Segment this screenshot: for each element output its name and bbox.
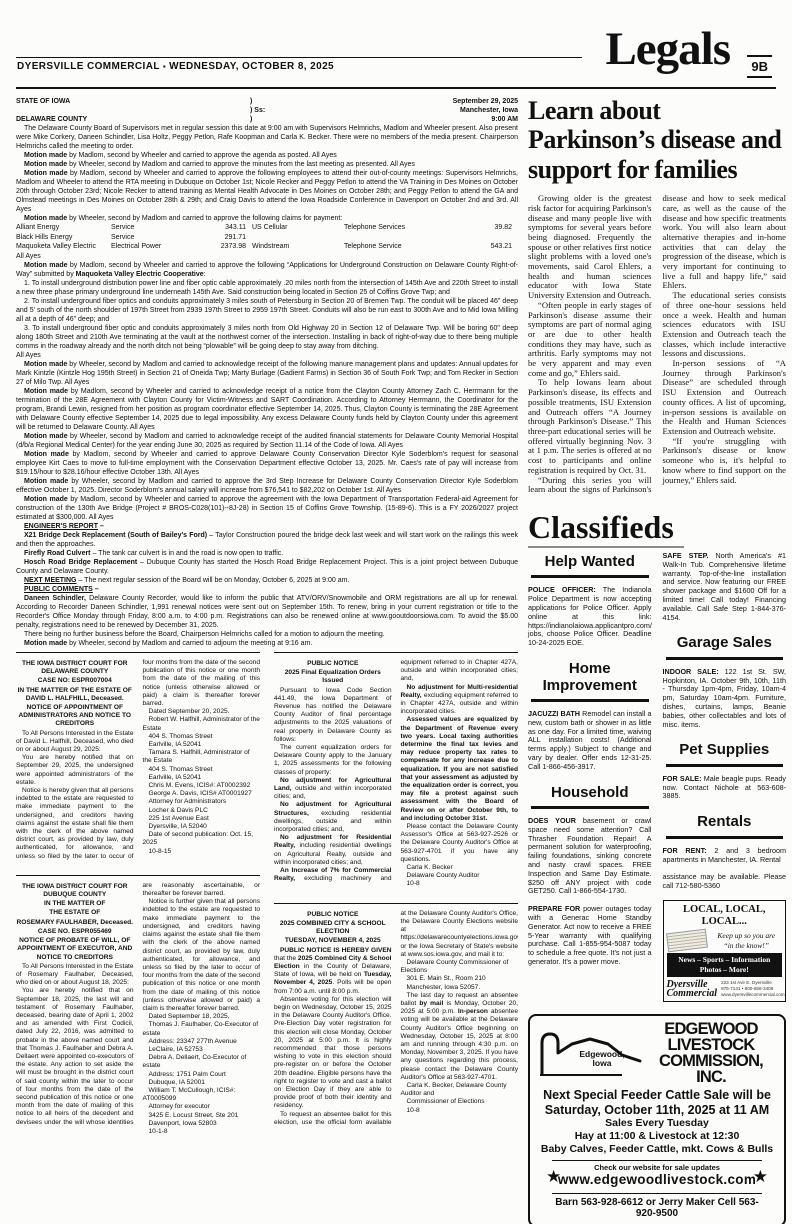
caption-date: September 29, 2025 — [368, 97, 518, 106]
local-ad-fine-print: 223 1st Ave E. Dyersville 875-7131 • 800… — [721, 980, 785, 998]
caption-time: 9:00 AM — [368, 115, 518, 124]
edgewood-animals-list: Baby Calves, Feeder Cattle, mkt. Cows & … — [538, 1143, 776, 1156]
star-icon: ★ — [753, 1167, 768, 1187]
notice-election: PUBLIC NOTICE2025 COMBINED CITY & SCHOOL… — [274, 903, 518, 1127]
paragraph: IN THE MATTER OF THE ESTATE OF DAVID L. … — [16, 687, 134, 703]
paragraph: Growing older is the greatest risk facto… — [528, 194, 652, 301]
local-ad-tagline: Keep up so you are “in the know!” — [711, 931, 783, 950]
paragraph: 301 E. Main St., Room 210 — [401, 975, 519, 983]
paragraph: 3. To install underground fiber optic an… — [16, 324, 518, 351]
paragraph: CASE NO. ESPR055469 — [16, 928, 134, 936]
classified-category-heading: Rentals — [666, 814, 784, 839]
header-rule-thick — [16, 87, 776, 89]
paragraph: No adjustment for Agricultural Land, out… — [274, 777, 392, 802]
paragraph: 2025 Final Equalization Orders Issued — [274, 669, 392, 685]
claim-cell — [252, 233, 344, 243]
paragraph: Carla K. Becker, Delaware County Auditor… — [401, 1082, 519, 1098]
paragraph: ENGINEER'S REPORT – — [16, 522, 518, 531]
classifieds-title: Classifieds — [528, 511, 684, 548]
paragraph: PUBLIC NOTICE — [274, 911, 392, 919]
edgewood-website-url: www.edgewoodlivestock.com — [552, 1172, 762, 1187]
claims-table: Alliant EnergyService343.11US CellularTe… — [16, 223, 518, 252]
paragraph: Dated September 18, 2025, — [143, 1013, 261, 1021]
paragraph: Date of second publication: Oct. 15, 202… — [143, 831, 261, 847]
edgewood-livestock-ad: Edgewood, Iowa EDGEWOOD LIVESTOCK COMMIS… — [528, 1014, 786, 1224]
paragraph: Commissioner of Elections — [401, 1098, 519, 1106]
paragraph: 2. To install underground fiber optics a… — [16, 297, 518, 324]
paragraph: LeClaire, IA 52753 — [143, 1046, 261, 1054]
edgewood-title: EDGEWOOD LIVESTOCK COMMISSION, INC. — [646, 1021, 776, 1086]
header-rule-thin — [16, 57, 582, 58]
claim-cell: 2373.98 — [204, 242, 252, 252]
paragraph: NOTICE OF PROBATE OF WILL, OF APPOINTMEN… — [16, 937, 134, 962]
caption-ss: ) Ss: — [250, 106, 368, 115]
paragraph: All Ayes — [16, 351, 518, 360]
edgewood-sale-announcement: Next Special Feeder Cattle Sale will be … — [538, 1088, 776, 1117]
paragraph: THE IOWA DISTRICT COURT FOR DUBUQUE COUN… — [16, 883, 134, 899]
local-ad-title: LOCAL, LOCAL, LOCAL... — [667, 904, 783, 928]
classified-ad: POLICE OFFICER: The Indianola Police Dep… — [528, 586, 652, 648]
paragraph: To All Persons Interested in the Estate … — [16, 963, 134, 988]
notice-faulhaber-estate: THE IOWA DISTRICT COURT FOR DUBUQUE COUN… — [16, 875, 260, 1136]
caption-row: ) Ss: Manchester, Iowa — [16, 106, 518, 115]
paragraph: 1. To install underground distribution p… — [16, 279, 518, 297]
publication-name: DYERSVILLE COMMERCIAL — [17, 61, 160, 72]
claim-cell: 291.71 — [204, 233, 252, 243]
paragraph: Motion made by Wheeler, second by Madlom… — [16, 477, 518, 495]
paragraph: 3425 E. Locust Street, Ste 201 — [143, 1112, 261, 1120]
paragraph: TUESDAY, NOVEMBER 4, 2025 — [274, 937, 392, 945]
tagline-line1: Keep up so you are — [717, 931, 775, 940]
board-minutes-notice: STATE OF IOWA ) September 29, 2025 ) Ss:… — [16, 97, 518, 649]
paragraph: X21 Bridge Deck Replacement (South of Ba… — [16, 531, 518, 549]
paragraph: Robert W. Halfhill, Administrator of the… — [143, 716, 261, 732]
caption-county: DELAWARE COUNTY — [16, 115, 250, 124]
paragraph: “If you're struggling with Parkinson's d… — [663, 437, 787, 486]
classified-category-heading: Household — [531, 785, 649, 810]
paragraph: No adjustment for Residential Realty, in… — [274, 834, 392, 867]
paragraph: You are hereby notified that on Septembe… — [16, 754, 134, 787]
paragraph: 2025 COMBINED CITY & SCHOOL ELECTION — [274, 920, 392, 936]
star-icon: ★ — [546, 1167, 561, 1187]
classified-ad: PREPARE FOR power outages today with a G… — [528, 905, 652, 967]
claim-cell: Windstream — [252, 242, 344, 252]
brand-line2: Commercial — [667, 988, 718, 999]
minutes-body-bottom: All AyesMotion made by Madlom, second by… — [16, 252, 518, 650]
paragraph: Motion made by Madlom, second by Wheeler… — [16, 169, 518, 214]
paragraph: These minutes have been read and approve… — [16, 648, 518, 650]
paragraph: Earlville, IA 52041 — [143, 774, 261, 782]
bar-line1: News – Sports – Information — [678, 955, 770, 964]
paragraph: Attorney for Administrators — [143, 798, 261, 806]
paragraph: 404 S. Thomas Street — [143, 766, 261, 774]
claim-cell: Telephone Service — [344, 242, 462, 252]
classified-ad: SAFE STEP. North America's #1 Walk-In Tu… — [663, 552, 787, 622]
claim-cell: Telephone Services — [344, 223, 462, 233]
caption-state: STATE OF IOWA — [16, 97, 250, 106]
legal-notices: THE IOWA DISTRICT COURT FOR DELAWARE COU… — [16, 652, 518, 1218]
bar-line2: Photos – More! — [700, 965, 749, 974]
paragraph: 404 S. Thomas Street — [143, 733, 261, 741]
paragraph: NOTICE OF APPOINTMENT OF ADMINISTRATORS … — [16, 704, 134, 729]
paragraph: 10-8 — [401, 1107, 519, 1115]
classified-ad: INDOOR SALE: 122 1st St. SW, Hopkinton, … — [663, 668, 787, 730]
caption-paren: ) — [250, 115, 368, 124]
newspaper-page: DYERSVILLE COMMERCIAL▪WEDNESDAY, OCTOBER… — [0, 0, 792, 1224]
paragraph: ROSEMARY FAULHABER, Deceased. — [16, 919, 134, 927]
page-number: 9B — [747, 55, 772, 78]
newspaper-logo: Dyersville Commercial — [667, 980, 718, 999]
paragraph: To All Persons Interested in the Estate … — [16, 730, 134, 755]
paragraph: No adjustment for Agricultural Structure… — [274, 801, 392, 834]
claim-cell: 543.21 — [462, 242, 518, 252]
paragraph: The Delaware County Board of Supervisors… — [16, 124, 518, 151]
classifieds-column-1: Help WantedPOLICE OFFICER: The Indianola… — [528, 552, 652, 1002]
paragraph: NEXT MEETING – The next regular session … — [16, 576, 518, 585]
claim-cell: Service — [111, 233, 204, 243]
paragraph: Absentee voting for this election will b… — [274, 996, 392, 1111]
paragraph: Motion made by Wheeler, second by Madlom… — [16, 639, 518, 648]
caption-paren: ) — [250, 97, 368, 106]
paragraph: Daneen Schindler, Delaware County Record… — [16, 594, 518, 630]
paragraph: Motion made by Madlom, second by Wheeler… — [16, 151, 518, 160]
paragraph: Motion made by Madlom, second by Wheeler… — [16, 495, 518, 522]
claim-cell — [462, 233, 518, 243]
paragraph: Pursuant to Iowa Code Section 441.49, th… — [274, 687, 392, 744]
paragraph: Earlville, IA 52041 — [143, 741, 261, 749]
notice-column-left: THE IOWA DISTRICT COURT FOR DELAWARE COU… — [16, 652, 260, 1218]
paragraph: PUBLIC NOTICE IS HEREBY GIVEN that the 2… — [274, 947, 392, 996]
paragraph: To help Iowans learn about Parkinson's d… — [528, 378, 652, 475]
bullet-separator: ▪ — [160, 62, 169, 71]
paragraph: Dubuque, IA 52001 — [143, 1079, 261, 1087]
minutes-body-top: The Delaware County Board of Supervisors… — [16, 124, 518, 223]
paragraph: No adjustment for Multi-residential Real… — [401, 684, 519, 717]
paragraph: Delaware County Auditor — [401, 872, 519, 880]
paragraph: Delaware County Commissioner of Election… — [401, 959, 519, 975]
newspaper-graphic — [665, 929, 707, 953]
issue-date: WEDNESDAY, OCTOBER 8, 2025 — [169, 61, 334, 72]
paragraph: THE ESTATE OF — [16, 909, 134, 917]
claim-cell: 343.11 — [204, 223, 252, 233]
section-title: Legals — [605, 22, 730, 76]
minutes-caption: STATE OF IOWA ) September 29, 2025 ) Ss:… — [16, 97, 518, 124]
caption-row: DELAWARE COUNTY ) 9:00 AM — [16, 115, 518, 124]
local-ad-bar: News – Sports – Information Photos – Mor… — [667, 953, 783, 977]
caption-row: STATE OF IOWA ) September 29, 2025 — [16, 97, 518, 106]
edgewood-town-label: Edgewood, Iowa — [572, 1050, 632, 1069]
paragraph: Tamara S. Halfhill, Administrator of the… — [143, 749, 261, 765]
paragraph: There being no further business before t… — [16, 630, 518, 639]
classified-ad: assistance may be available. Please call… — [663, 873, 787, 891]
paragraph: Motion made by Wheeler, second by Madlom… — [16, 214, 518, 223]
paragraph: PUBLIC NOTICE — [274, 660, 392, 668]
classified-ad: FOR RENT: 2 and 3 bedroom apartments in … — [663, 847, 787, 865]
paragraph: Firefly Road Culvert – The tank car culv… — [16, 549, 518, 558]
barn-silhouette-icon: Edgewood, Iowa — [538, 1030, 642, 1076]
caption-place: Manchester, Iowa — [368, 106, 518, 115]
claim-cell: Electrical Power — [111, 242, 204, 252]
paragraph: 225 1st Avenue East — [143, 815, 261, 823]
paragraph: “Often people in early stages of Parkins… — [528, 301, 652, 379]
notice-halfhill-estate: THE IOWA DISTRICT COURT FOR DELAWARE COU… — [16, 652, 260, 861]
paragraph: Address: 1751 Palm Court — [143, 1071, 261, 1079]
masthead: DYERSVILLE COMMERCIAL▪WEDNESDAY, OCTOBER… — [17, 61, 334, 72]
paragraph: Locher & Davis PLC — [143, 807, 261, 815]
edgewood-sales-schedule: Sales Every Tuesday — [538, 1117, 776, 1130]
paragraph: PUBLIC COMMENTS – — [16, 585, 518, 594]
claim-cell — [344, 233, 462, 243]
edgewood-hay-livestock-times: Hay at 11:00 & Livestock at 12:30 — [538, 1130, 776, 1143]
paragraph: Davenport, Iowa 52803 — [143, 1120, 261, 1128]
paragraph: Hosch Road Bridge Replacement – Dubuque … — [16, 558, 518, 576]
classified-ad: FOR SALE: Male beagle pups. Ready now. C… — [663, 775, 787, 801]
classified-category-heading: Help Wanted — [531, 554, 649, 579]
edgewood-phone-numbers: Barn 563-928-6612 or Jerry Maker Cell 56… — [552, 1193, 762, 1219]
paragraph: IN THE MATTER OF — [16, 900, 134, 908]
article-title: Learn about Parkinson’s disease and supp… — [528, 96, 786, 184]
paragraph: All Ayes — [16, 252, 518, 261]
paragraph: The current equalization orders for Dela… — [274, 744, 392, 777]
claim-cell: 39.82 — [462, 223, 518, 233]
paragraph: THE IOWA DISTRICT COURT FOR DELAWARE COU… — [16, 660, 134, 676]
article-body: Growing older is the greatest risk facto… — [528, 194, 786, 495]
paragraph: Motion made by Madlom, second by Wheeler… — [16, 261, 518, 279]
paragraph: Carla K. Becker — [401, 864, 519, 872]
paragraph: 10-1-8 — [143, 1128, 261, 1136]
paragraph: Attorney for executor — [143, 1103, 261, 1111]
paragraph: Motion made by Madlom, second by Wheeler… — [16, 450, 518, 477]
paragraph: In-person sessions of “A Journey through… — [663, 359, 787, 437]
edgewood-header: Edgewood, Iowa EDGEWOOD LIVESTOCK COMMIS… — [538, 1021, 776, 1086]
tagline-line2: “in the know!” — [724, 941, 769, 950]
paragraph: George A. Davis, ICIS# AT0001927 — [143, 790, 261, 798]
classifieds-columns: Help WantedPOLICE OFFICER: The Indianola… — [528, 552, 786, 1002]
right-column: Learn about Parkinson’s disease and supp… — [528, 96, 786, 1224]
classified-category-heading: Garage Sales — [666, 635, 784, 660]
claim-cell: Alliant Energy — [16, 223, 111, 233]
paragraph: Dyersville, IA 52040 — [143, 823, 261, 831]
paragraph: CASE NO: ESPR007004 — [16, 677, 134, 685]
classified-ad: DOES YOUR basement or crawl space need s… — [528, 817, 652, 896]
claim-cell: Maquoketa Valley Electric — [16, 242, 111, 252]
paragraph: Notice is further given that all persons… — [143, 898, 261, 1013]
edgewood-website-section: ★ Check our website for sale updates www… — [552, 1160, 762, 1190]
paragraph: Dated September 20, 2025. — [143, 708, 261, 716]
paragraph: Assessed values are equalized by the Dep… — [401, 716, 519, 823]
dyersville-commercial-ad: LOCAL, LOCAL, LOCAL... Keep up so you ar… — [663, 900, 787, 1002]
paragraph: Motion made by Wheeler, second by Madlom… — [16, 360, 518, 387]
classified-category-heading: Pet Supplies — [666, 742, 784, 767]
edgewood-website-label: Check our website for sale updates — [552, 1163, 762, 1172]
paragraph: 10-8-15 — [143, 848, 261, 856]
classified-category-heading: Home Improvement — [531, 661, 649, 702]
classifieds-column-2-items: SAFE STEP. North America's #1 Walk-In Tu… — [663, 552, 787, 891]
paragraph: Please contact the Delaware County Asses… — [401, 823, 519, 864]
classified-ad: JACUZZI BATH Remodel can install a new, … — [528, 710, 652, 772]
paragraph: Chris M. Evens, ICIS#: AT0002392 — [143, 782, 261, 790]
paragraph: Debra A. Dellaert, Co-Executor of estate — [143, 1054, 261, 1070]
paragraph: William T. McCullough, ICIS#: AT0005099 — [143, 1087, 261, 1103]
claim-cell: Black Hills Energy — [16, 233, 111, 243]
claim-cell: US Cellular — [252, 223, 344, 233]
paragraph: Thomas J. Faulhaber, Co-Executor of esta… — [143, 1021, 261, 1037]
local-ad-middle: Keep up so you are “in the know!” — [667, 931, 783, 950]
paragraph: The last day to request an absentee ball… — [401, 992, 519, 1082]
local-ad-brand-row: Dyersville Commercial 223 1st Ave E. Dye… — [667, 980, 783, 999]
claim-cell: Service — [111, 223, 204, 233]
paragraph: Manchester, Iowa 52057. — [401, 984, 519, 992]
paragraph: The educational series consists of three… — [663, 291, 787, 359]
paragraph: Motion made by Wheeler, second by Madlom… — [16, 432, 518, 450]
classifieds-column-2: SAFE STEP. North America's #1 Walk-In Tu… — [663, 552, 787, 1002]
paragraph: Address: 23347 277th Avenue — [143, 1038, 261, 1046]
paragraph: Motion made by Madlom, second by Wheeler… — [16, 387, 518, 432]
notice-column-right: PUBLIC NOTICE2025 Final Equalization Ord… — [274, 652, 518, 1218]
notice-equalization-orders: PUBLIC NOTICE2025 Final Equalization Ord… — [274, 652, 518, 889]
paragraph: Motion made by Wheeler, second by Madlom… — [16, 160, 518, 169]
paragraph: 10-8 — [401, 880, 519, 888]
